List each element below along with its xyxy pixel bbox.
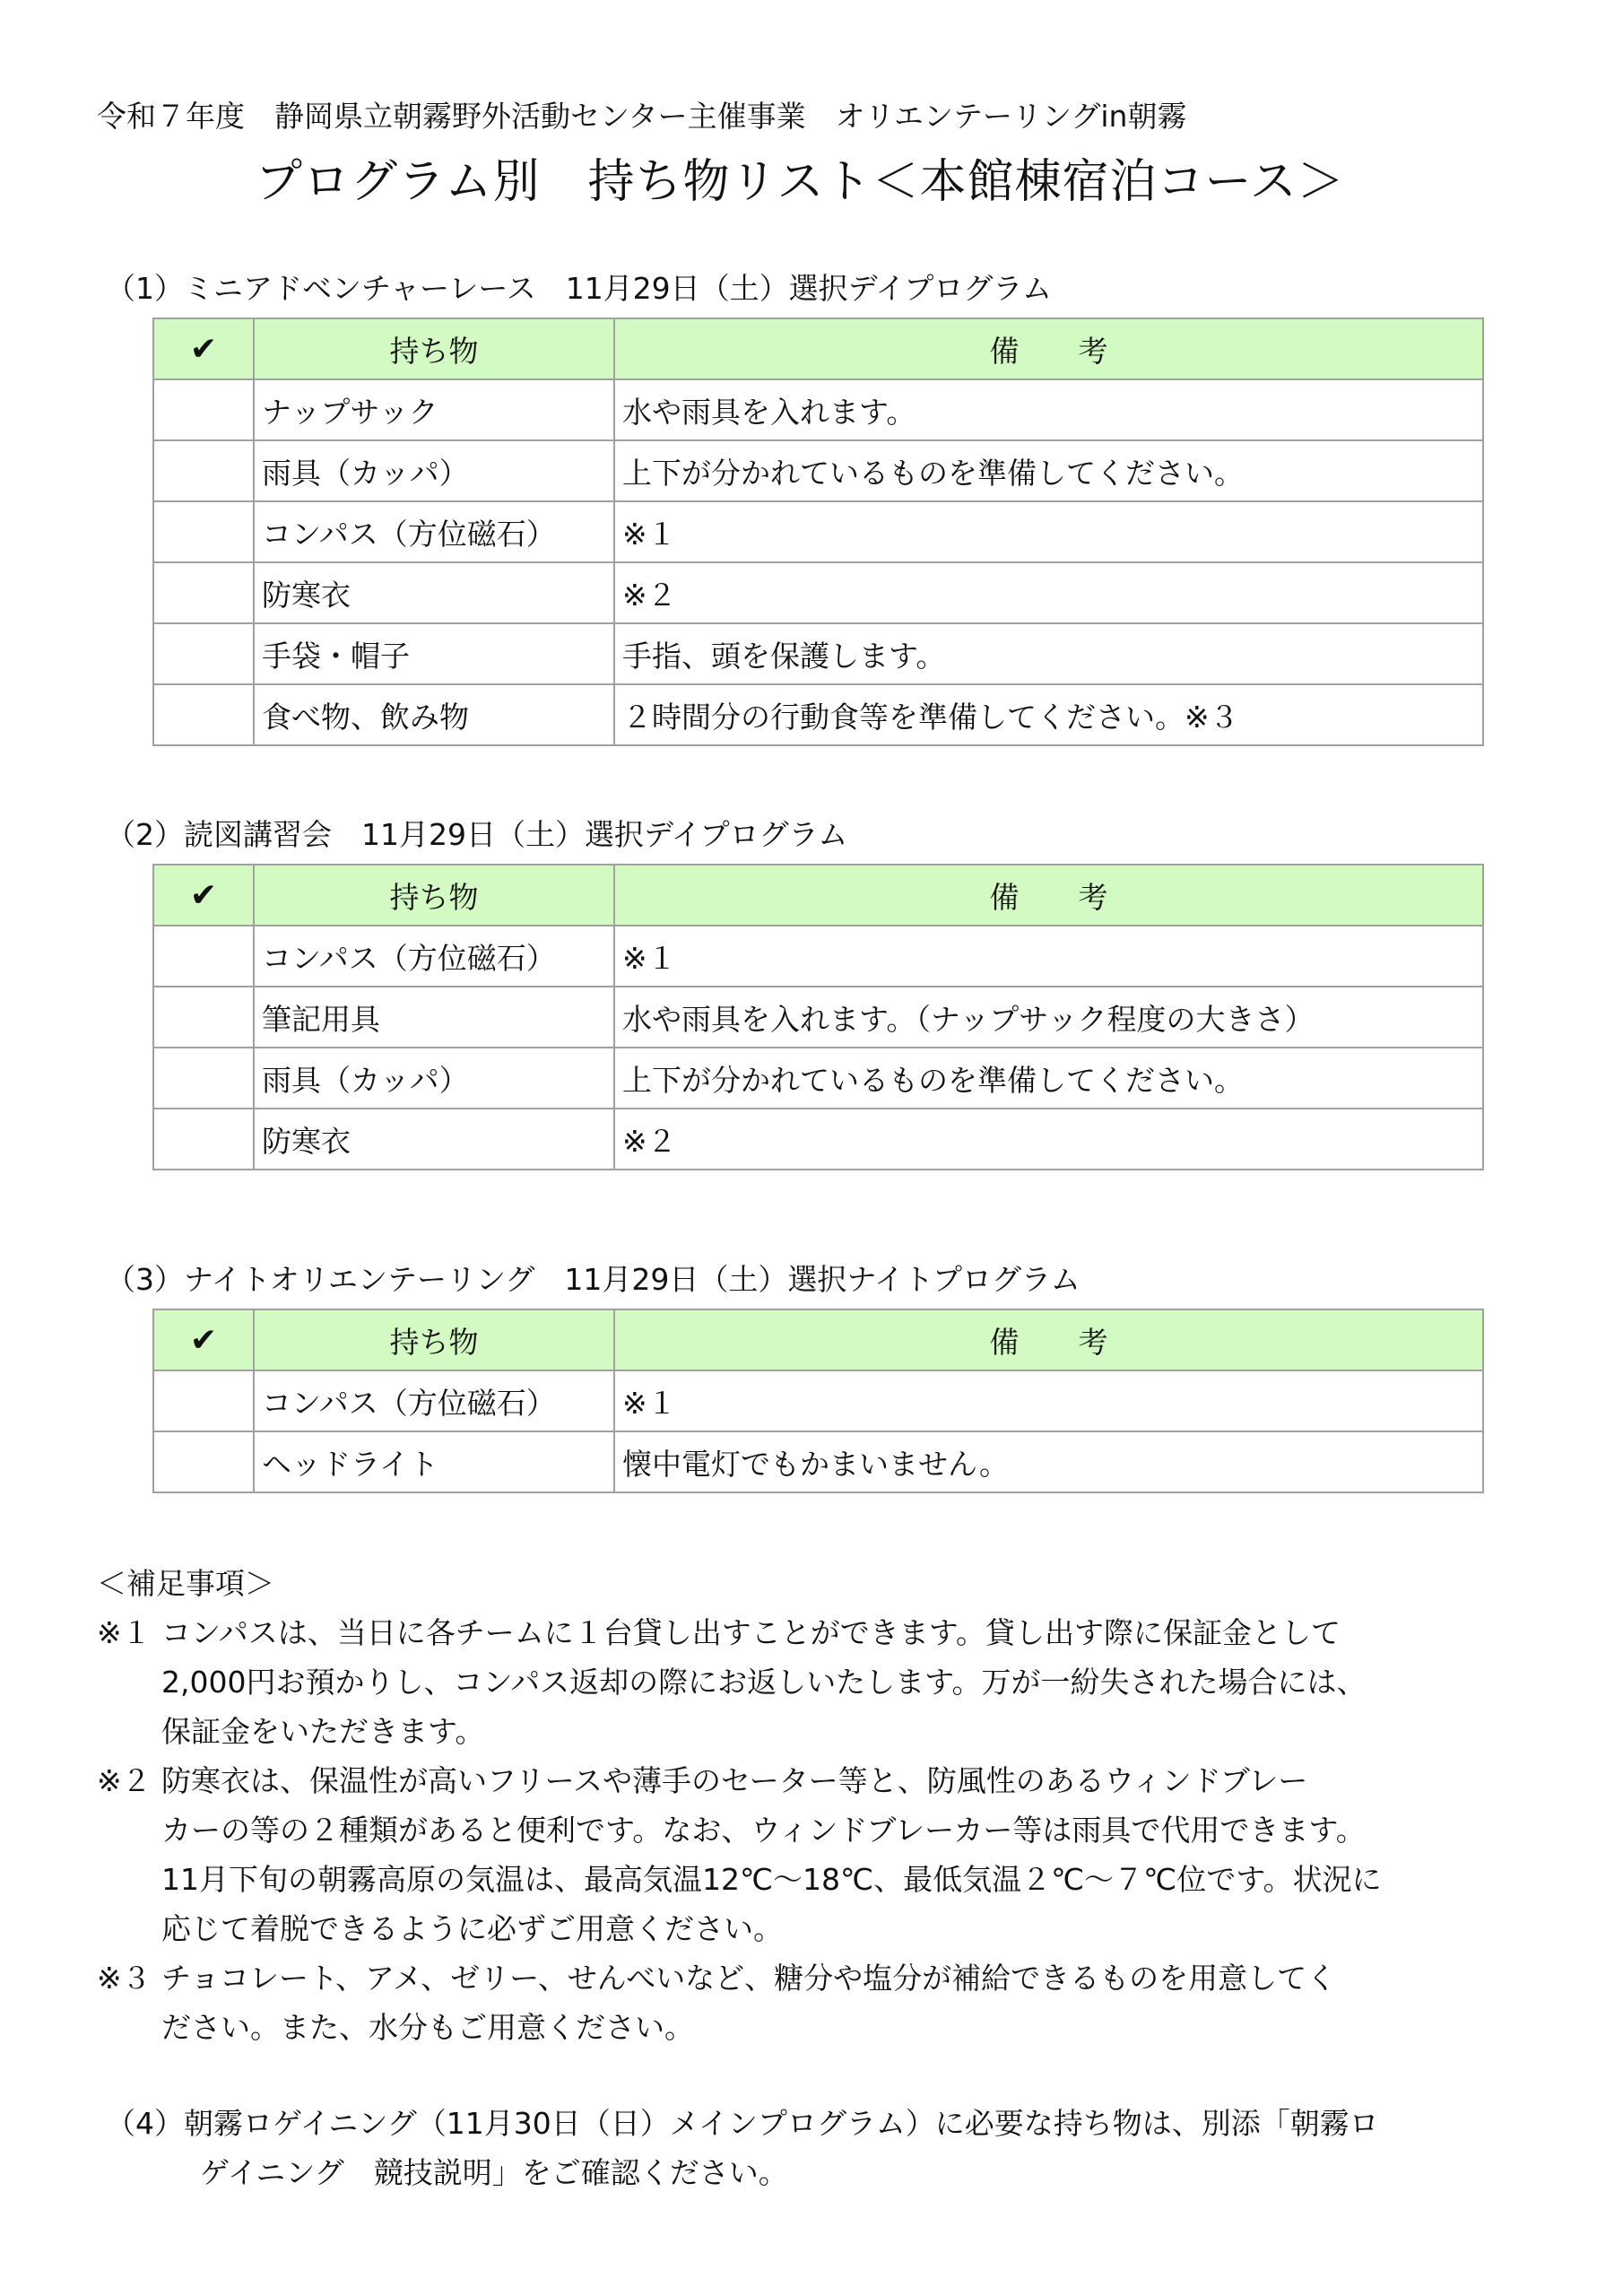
item-cell: 雨具（カッパ） (254, 1048, 614, 1109)
item-cell: コンパス（方位磁石） (254, 1370, 614, 1431)
check-cell[interactable] (153, 1431, 254, 1492)
document-title: プログラム別 持ち物リスト＜本館棟宿泊コース＞ (256, 143, 1345, 211)
note-line: 11月下旬の朝霧高原の気温は、最高気温12℃～18℃、最低気温２℃～７℃位です。… (97, 1855, 1549, 1904)
section-3-table: ✔ 持ち物 備 考 コンパス（方位磁石） ※１ ヘッドライト 懐中電灯でもかまい… (152, 1309, 1484, 1493)
item-cell: コンパス（方位磁石） (254, 501, 614, 562)
remarks-cell: 懐中電灯でもかまいません。 (614, 1431, 1483, 1492)
check-column-header: ✔ (153, 1309, 254, 1370)
table-header-row: ✔ 持ち物 備 考 (153, 1309, 1483, 1370)
remarks-cell: ２時間分の行動食等を準備してください。※３ (614, 684, 1483, 745)
note-line: 防寒衣は、保温性が高いフリースや薄手のセーター等と、防風性のあるウィンドブレー (161, 1756, 1307, 1805)
checkmark-icon: ✔ (190, 877, 217, 914)
note-3: ※３ チョコレート、アメ、ゼリー、せんべいなど、糖分や塩分が補給できるものを用意… (97, 1953, 1549, 2003)
note-line: ださい。また、水分もご用意ください。 (97, 2003, 1549, 2052)
supplementary-notes: ＜補足事項＞ ※１ コンパスは、当日に各チームに１台貸し出すことができます。貸し… (97, 1559, 1549, 2052)
checkmark-icon: ✔ (190, 331, 217, 368)
item-cell: コンパス（方位磁石） (254, 926, 614, 987)
remarks-cell: 上下が分かれているものを準備してください。 (614, 440, 1483, 501)
section-3-heading: （3）ナイトオリエンテーリング 11月29日（土）選択ナイトプログラム (106, 1257, 1081, 1299)
remarks-cell: ※１ (614, 1370, 1483, 1431)
note-mark: ※１ (97, 1608, 161, 1657)
remarks-column-header: 備 考 (614, 865, 1483, 926)
remarks-cell: ※２ (614, 1109, 1483, 1170)
check-cell[interactable] (153, 987, 254, 1048)
table-row: コンパス（方位磁石） ※１ (153, 926, 1483, 987)
note-line: チョコレート、アメ、ゼリー、せんべいなど、糖分や塩分が補給できるものを用意してく (161, 1953, 1336, 2003)
table-row: 防寒衣 ※２ (153, 562, 1483, 623)
check-cell[interactable] (153, 684, 254, 745)
checkmark-icon: ✔ (190, 1322, 217, 1359)
item-cell: ヘッドライト (254, 1431, 614, 1492)
item-cell: 防寒衣 (254, 1109, 614, 1170)
item-column-header: 持ち物 (254, 865, 614, 926)
remarks-cell: 上下が分かれているものを準備してください。 (614, 1048, 1483, 1109)
note-line: 2,000円お預かりし、コンパス返却の際にお返しいたします。万が一紛失された場合… (97, 1657, 1549, 1707)
table-row: コンパス（方位磁石） ※１ (153, 501, 1483, 562)
notes-heading: ＜補足事項＞ (97, 1559, 1549, 1608)
item-cell: 筆記用具 (254, 987, 614, 1048)
check-column-header: ✔ (153, 318, 254, 379)
table-row: ヘッドライト 懐中電灯でもかまいません。 (153, 1431, 1483, 1492)
section-2-heading: （2）読図講習会 11月29日（土）選択デイプログラム (106, 812, 847, 854)
table-row: コンパス（方位磁石） ※１ (153, 1370, 1483, 1431)
remarks-column-header: 備 考 (614, 318, 1483, 379)
check-cell[interactable] (153, 1109, 254, 1170)
note-2: ※２ 防寒衣は、保温性が高いフリースや薄手のセーター等と、防風性のあるウィンドブ… (97, 1756, 1549, 1805)
check-cell[interactable] (153, 562, 254, 623)
table-row: 防寒衣 ※２ (153, 1109, 1483, 1170)
remarks-cell: ※２ (614, 562, 1483, 623)
remarks-cell: 水や雨具を入れます。 (614, 379, 1483, 440)
note-line: カーの等の２種類があると便利です。なお、ウィンドブレーカー等は雨具で代用できます… (97, 1805, 1549, 1855)
remarks-column-header: 備 考 (614, 1309, 1483, 1370)
remarks-cell: 水や雨具を入れます。（ナップサック程度の大きさ） (614, 987, 1483, 1048)
rogaining-note-line-1: （4）朝霧ロゲイニング（11月30日（日）メインプログラム）に必要な持ち物は、別… (106, 2099, 1541, 2148)
rogaining-note-line-2: ゲイニング 競技説明」をご確認ください。 (106, 2148, 1541, 2197)
check-cell[interactable] (153, 440, 254, 501)
table-header-row: ✔ 持ち物 備 考 (153, 318, 1483, 379)
note-line: 応じて着脱できるように必ずご用意ください。 (97, 1904, 1549, 1953)
rogaining-note: （4）朝霧ロゲイニング（11月30日（日）メインプログラム）に必要な持ち物は、別… (106, 2099, 1541, 2197)
check-cell[interactable] (153, 623, 254, 684)
item-cell: 食べ物、飲み物 (254, 684, 614, 745)
check-cell[interactable] (153, 379, 254, 440)
section-2-table: ✔ 持ち物 備 考 コンパス（方位磁石） ※１ 筆記用具 水や雨具を入れます。（… (152, 864, 1484, 1170)
note-line: コンパスは、当日に各チームに１台貸し出すことができます。貸し出す際に保証金として (161, 1608, 1341, 1657)
check-cell[interactable] (153, 1048, 254, 1109)
item-cell: 手袋・帽子 (254, 623, 614, 684)
table-header-row: ✔ 持ち物 備 考 (153, 865, 1483, 926)
item-cell: ナップサック (254, 379, 614, 440)
note-mark: ※２ (97, 1756, 161, 1805)
table-row: 雨具（カッパ） 上下が分かれているものを準備してください。 (153, 440, 1483, 501)
check-cell[interactable] (153, 1370, 254, 1431)
table-row: 食べ物、飲み物 ２時間分の行動食等を準備してください。※３ (153, 684, 1483, 745)
note-line: 保証金をいただきます。 (97, 1707, 1549, 1756)
item-column-header: 持ち物 (254, 318, 614, 379)
remarks-cell: 手指、頭を保護します。 (614, 623, 1483, 684)
table-row: 筆記用具 水や雨具を入れます。（ナップサック程度の大きさ） (153, 987, 1483, 1048)
section-1-heading: （1）ミニアドベンチャーレース 11月29日（土）選択デイプログラム (106, 265, 1052, 308)
section-1-table: ✔ 持ち物 備 考 ナップサック 水や雨具を入れます。 雨具（カッパ） 上下が分… (152, 317, 1484, 746)
item-cell: 雨具（カッパ） (254, 440, 614, 501)
table-row: ナップサック 水や雨具を入れます。 (153, 379, 1483, 440)
check-cell[interactable] (153, 501, 254, 562)
check-cell[interactable] (153, 926, 254, 987)
document-pre-title: 令和７年度 静岡県立朝霧野外活動センター主催事業 オリエンテーリングin朝霧 (97, 93, 1186, 135)
item-cell: 防寒衣 (254, 562, 614, 623)
note-1: ※１ コンパスは、当日に各チームに１台貸し出すことができます。貸し出す際に保証金… (97, 1608, 1549, 1657)
table-row: 雨具（カッパ） 上下が分かれているものを準備してください。 (153, 1048, 1483, 1109)
item-column-header: 持ち物 (254, 1309, 614, 1370)
remarks-cell: ※１ (614, 501, 1483, 562)
table-row: 手袋・帽子 手指、頭を保護します。 (153, 623, 1483, 684)
remarks-cell: ※１ (614, 926, 1483, 987)
check-column-header: ✔ (153, 865, 254, 926)
note-mark: ※３ (97, 1953, 161, 2003)
